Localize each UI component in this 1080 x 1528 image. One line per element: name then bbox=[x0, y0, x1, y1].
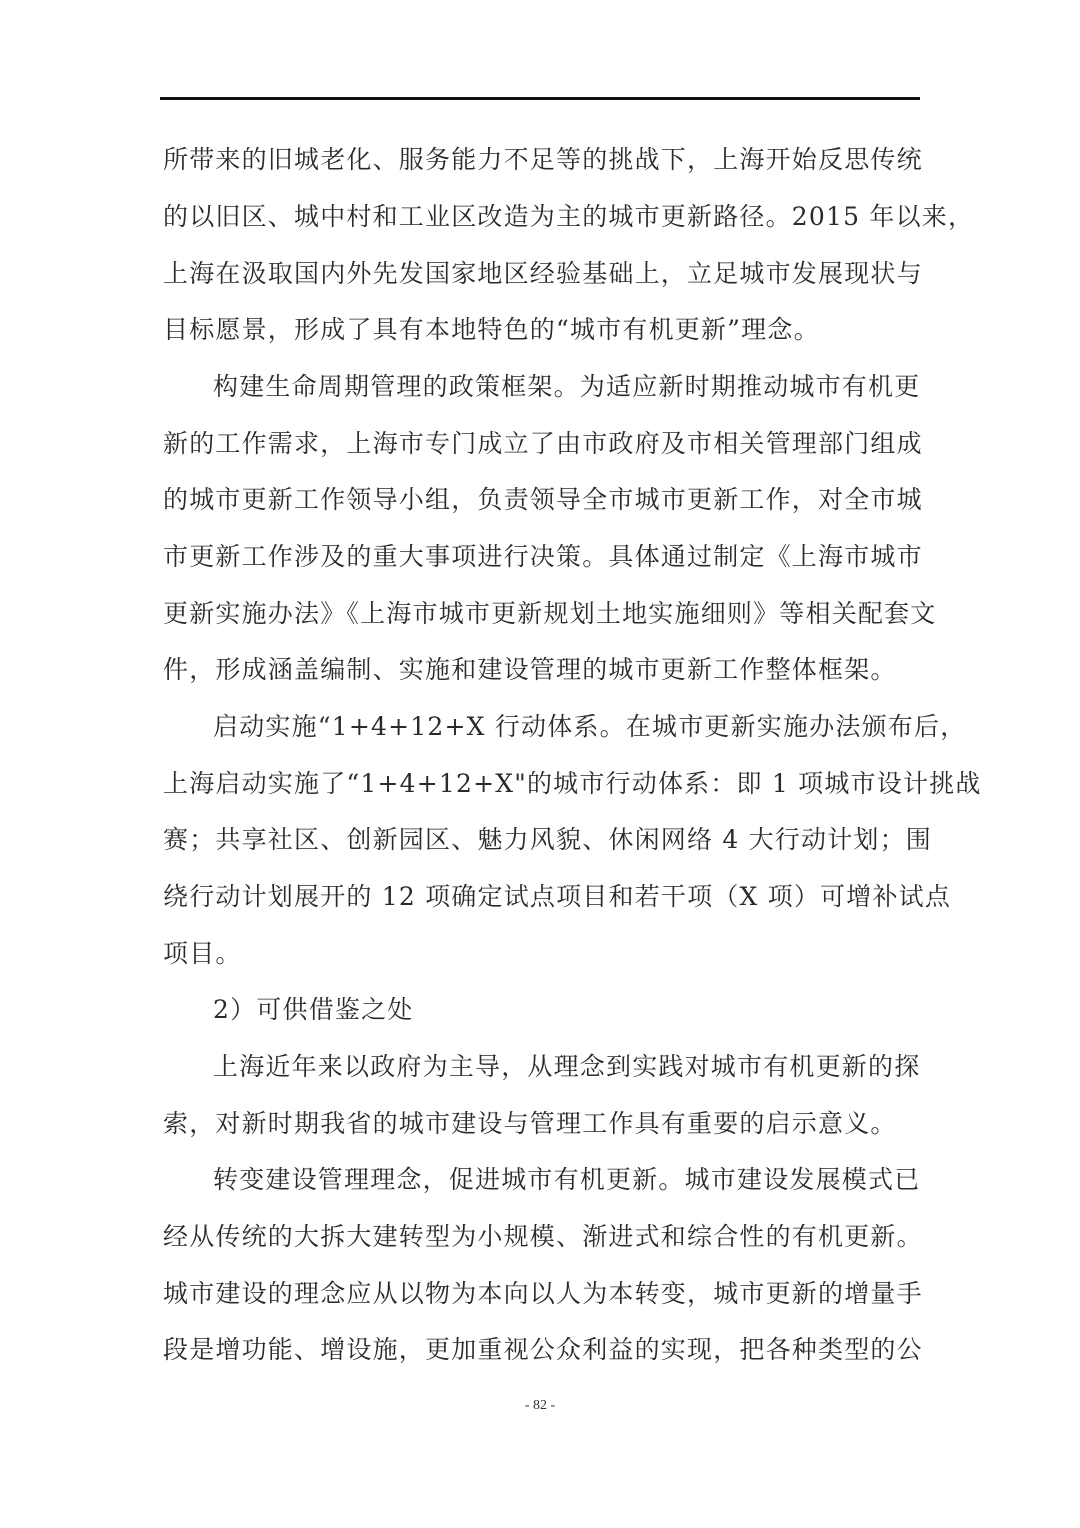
text-line: 上海启动实施了“1+4+12+X"的城市行动体系：即 1 项城市设计挑战 bbox=[163, 769, 923, 799]
text-line: 经从传统的大拆大建转型为小规模、渐进式和综合性的有机更新。 bbox=[163, 1222, 923, 1252]
text-line: 新的工作需求，上海市专门成立了由市政府及市相关管理部门组成 bbox=[163, 429, 923, 459]
header-rule bbox=[160, 97, 920, 100]
text-line: 上海在汲取国内外先发国家地区经验基础上，立足城市发展现状与 bbox=[163, 259, 923, 289]
text-line: 目标愿景，形成了具有本地特色的“城市有机更新”理念。 bbox=[163, 315, 923, 345]
text-line: 的以旧区、城中村和工业区改造为主的城市更新路径。2015 年以来， bbox=[163, 202, 923, 232]
paragraph-heading-line: 启动实施“1+4+12+X 行动体系。在城市更新实施办法颁布后， bbox=[213, 712, 973, 742]
text-line: 市更新工作涉及的重大事项进行决策。具体通过制定《上海市城市 bbox=[163, 542, 923, 572]
text-line: 项目。 bbox=[163, 939, 923, 969]
text-line: 城市建设的理念应从以物为本向以人为本转变，城市更新的增量手 bbox=[163, 1279, 923, 1309]
text-line: 所带来的旧城老化、服务能力不足等的挑战下，上海开始反思传统 bbox=[163, 145, 923, 175]
text-line: 绕行动计划展开的 12 项确定试点项目和若干项（X 项）可增补试点 bbox=[163, 882, 923, 912]
text-line: 更新实施办法》《上海市城市更新规划土地实施细则》等相关配套文 bbox=[163, 599, 923, 629]
page-number: - 82 - bbox=[0, 1398, 1080, 1414]
paragraph-heading-line: 转变建设管理理念，促进城市有机更新。城市建设发展模式已 bbox=[213, 1165, 973, 1195]
text-line: 段是增功能、增设施，更加重视公众利益的实现，把各种类型的公 bbox=[163, 1335, 923, 1365]
text-line: 件，形成涵盖编制、实施和建设管理的城市更新工作整体框架。 bbox=[163, 655, 923, 685]
text-line: 上海近年来以政府为主导，从理念到实践对城市有机更新的探 bbox=[213, 1052, 973, 1082]
paragraph-heading-line: 构建生命周期管理的政策框架。为适应新时期推动城市有机更 bbox=[213, 372, 973, 402]
text-line: 索，对新时期我省的城市建设与管理工作具有重要的启示意义。 bbox=[163, 1109, 923, 1139]
text-line: 的城市更新工作领导小组，负责领导全市城市更新工作，对全市城 bbox=[163, 485, 923, 515]
text-line: 赛；共享社区、创新园区、魅力风貌、休闲网络 4 大行动计划；围 bbox=[163, 825, 923, 855]
section-heading: 2）可供借鉴之处 bbox=[213, 995, 973, 1025]
